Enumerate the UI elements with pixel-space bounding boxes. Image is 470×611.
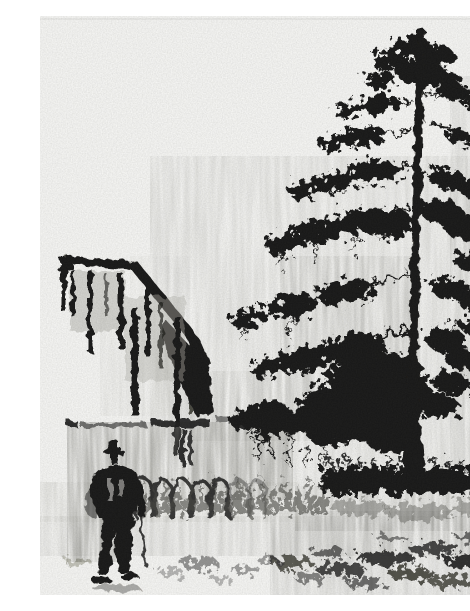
paper-grain-texture xyxy=(40,16,470,595)
illustration xyxy=(40,16,470,595)
illustration-figure: A tall fir tree with dark drooping bough… xyxy=(40,16,470,595)
